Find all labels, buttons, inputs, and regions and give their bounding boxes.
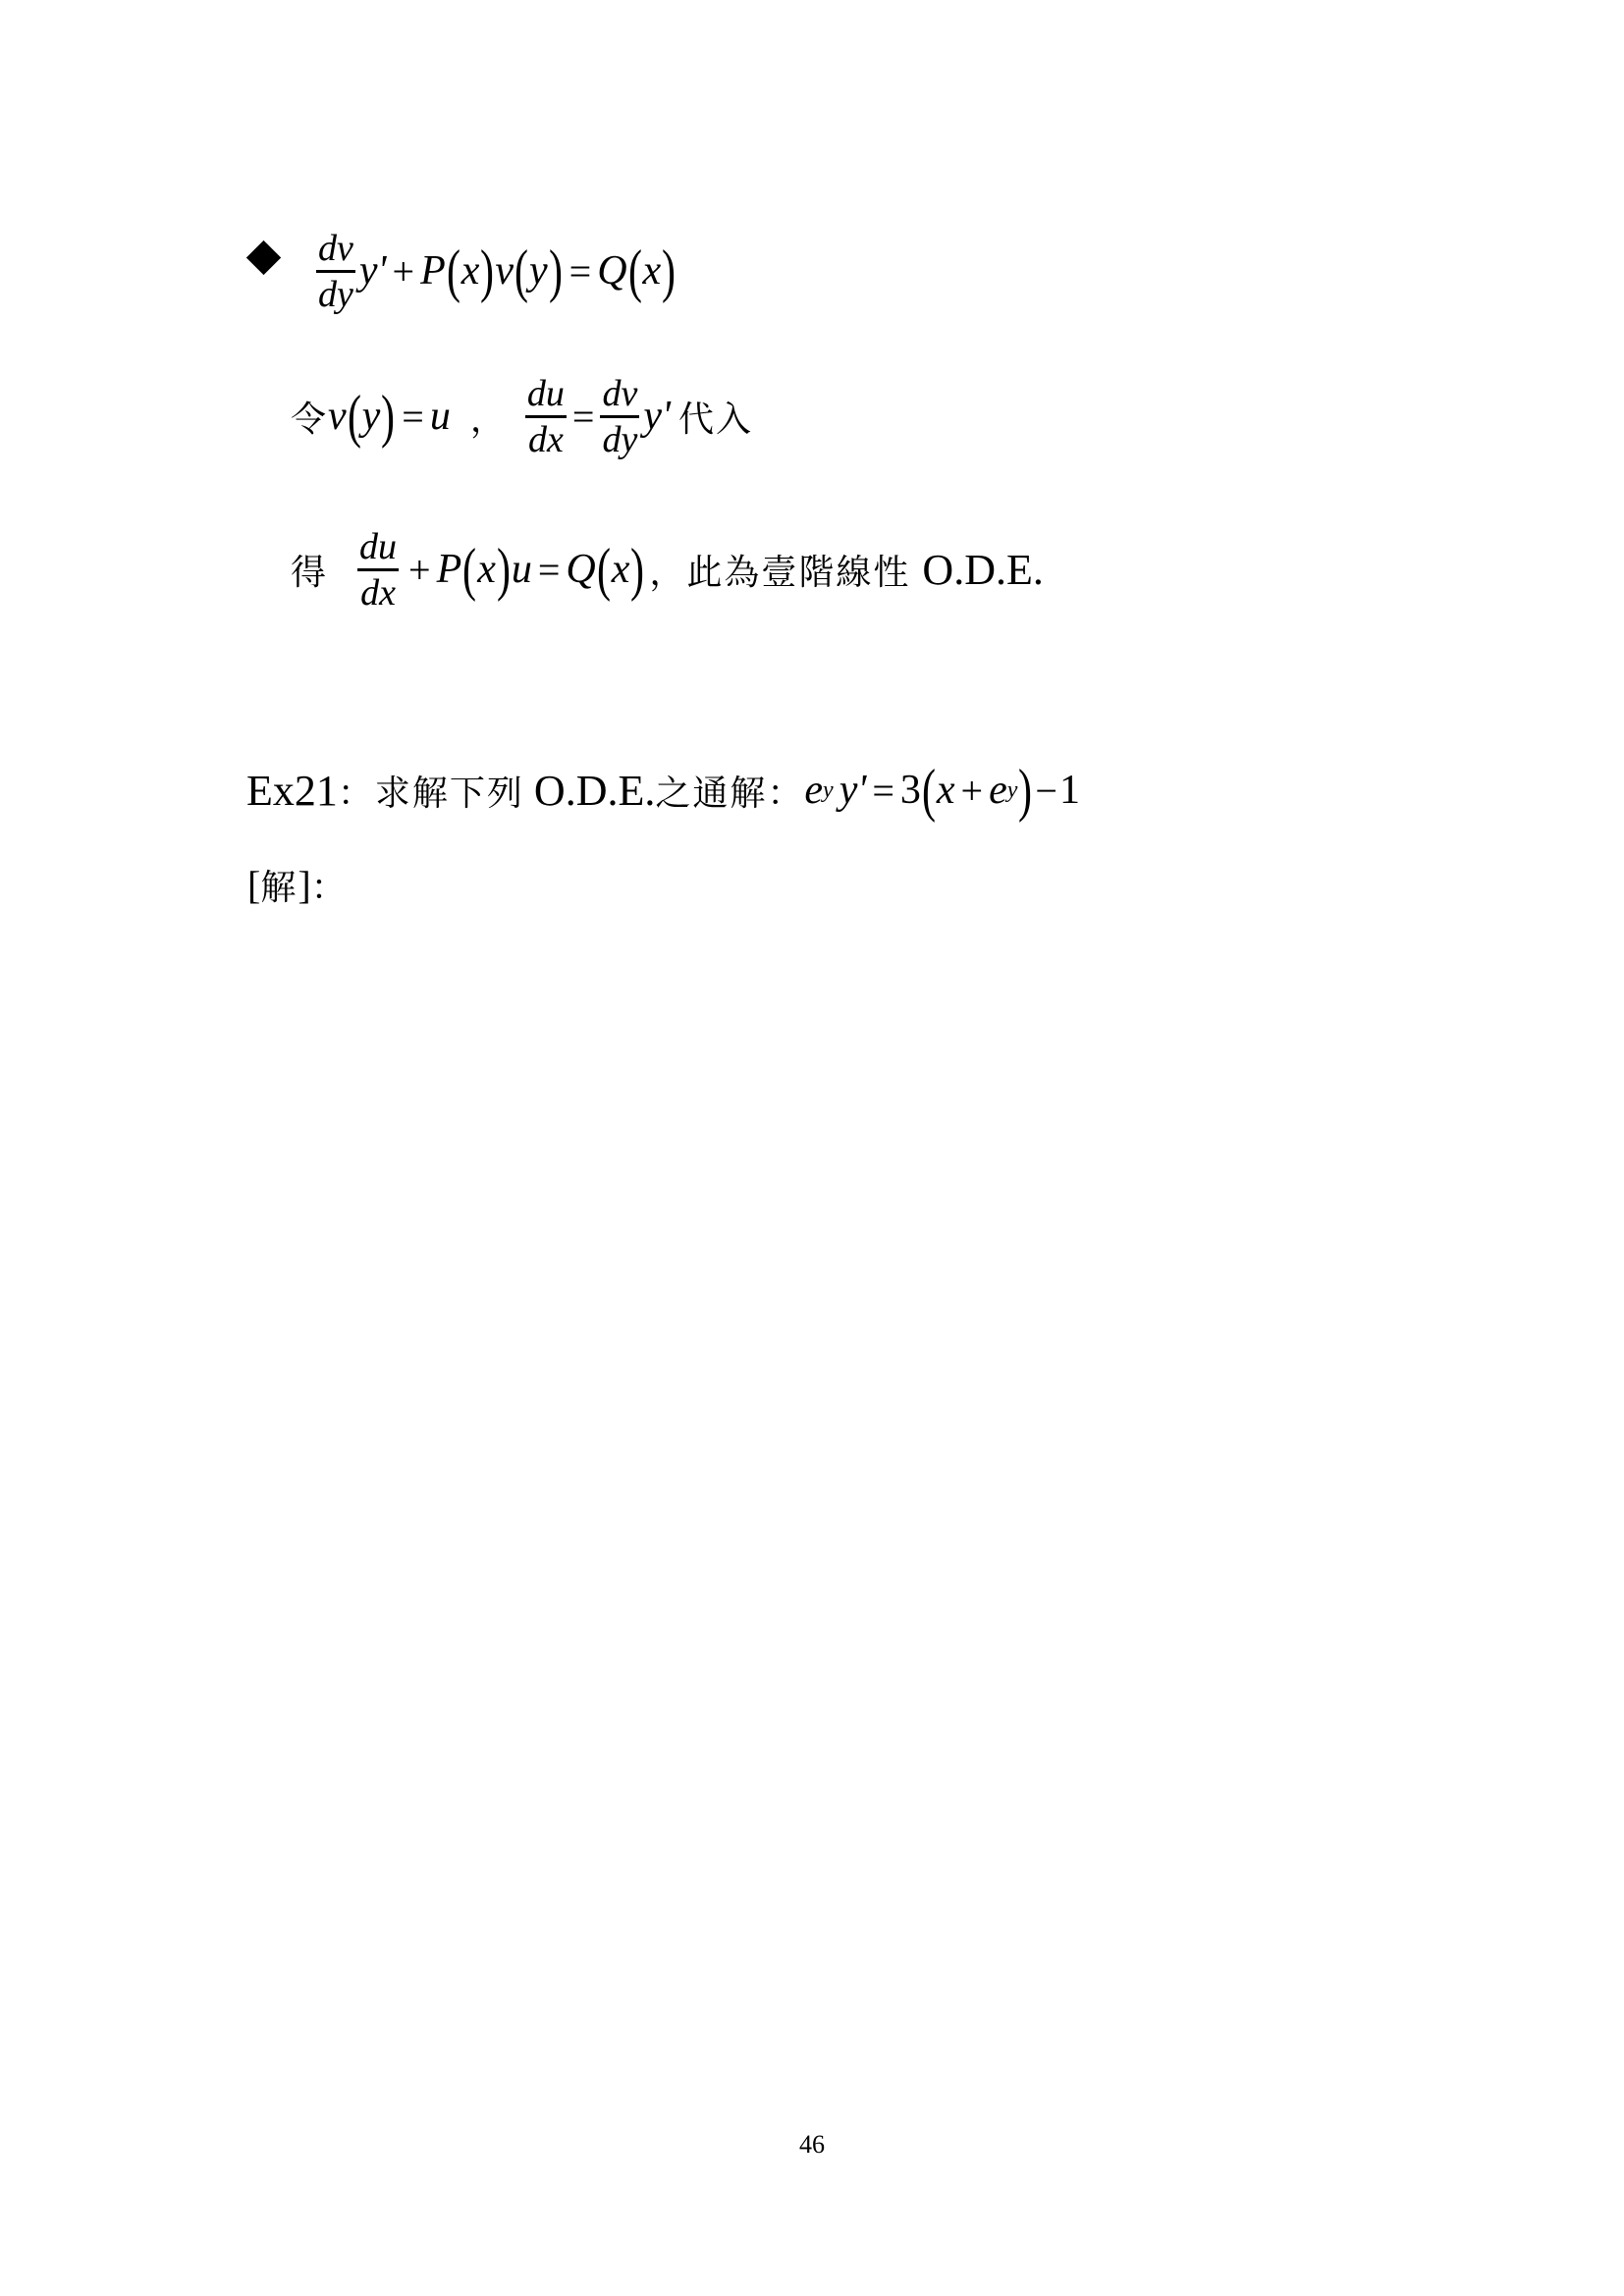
first-order-linear-text: 此為壹階線性 — [686, 545, 910, 595]
variable-y: y — [529, 247, 548, 294]
fraction-denominator: dy — [316, 275, 355, 314]
fraction-numerator: dv — [600, 374, 639, 413]
diamond-bullet-icon — [246, 240, 281, 275]
y-prime: y' — [839, 767, 867, 814]
example-statement: Ex21 ： 求解下列 O.D.E. 之通解 ： e y y' = 3 ( x … — [246, 756, 1080, 825]
fraction-dv-dy: dv dy — [600, 374, 639, 459]
fraction-numerator: dv — [316, 229, 355, 268]
variable-u: u — [512, 546, 532, 593]
variable-u: u — [430, 393, 451, 440]
variable-x: x — [461, 247, 480, 294]
open-bracket: [ — [247, 862, 260, 908]
function-P: P — [420, 247, 446, 294]
ode-abbreviation: O.D.E. — [534, 766, 655, 816]
document-page: dv dy y' + P ( x ) v ( y ) = Q ( x ) 令 v… — [0, 0, 1624, 2296]
substitution-line: 令 v ( y ) = u ， du dx = dv dy y' 代入 — [291, 369, 753, 463]
fraction-numerator: du — [525, 374, 567, 413]
close-bracket: ] — [298, 862, 310, 908]
equals-sign: = — [402, 394, 424, 440]
equals-sign: = — [569, 248, 592, 294]
plus-sign: + — [408, 547, 431, 593]
plus-sign: + — [393, 248, 415, 294]
exponent-y: y — [1007, 777, 1018, 804]
variable-y: y — [362, 393, 381, 440]
equals-sign: = — [572, 394, 595, 440]
colon: ： — [311, 860, 349, 910]
fraction-denominator: dx — [526, 420, 566, 459]
plus-sign: + — [961, 768, 984, 814]
prompt-text: 求解下列 — [375, 766, 524, 816]
fraction-bar — [357, 568, 399, 571]
ode-abbreviation: O.D.E. — [922, 545, 1043, 595]
right-paren: ) — [381, 387, 395, 446]
constant-one: 1 — [1059, 767, 1080, 814]
bullet-equation: dv dy y' + P ( x ) v ( y ) = Q ( x ) — [312, 224, 677, 318]
fraction-denominator: dx — [358, 573, 398, 613]
coefficient-three: 3 — [900, 767, 921, 814]
left-paren: ( — [922, 761, 936, 820]
right-paren: ) — [630, 540, 644, 599]
left-paren: ( — [628, 241, 642, 300]
right-paren: ) — [497, 540, 511, 599]
left-paren: ( — [514, 241, 528, 300]
let-text: 令 — [291, 392, 328, 442]
left-paren: ( — [447, 241, 460, 300]
page-number: 46 — [0, 2130, 1624, 2160]
variable-x: x — [477, 546, 496, 593]
variable-x: x — [643, 247, 662, 294]
exponential-e: e — [804, 767, 823, 814]
right-paren: ) — [549, 241, 563, 300]
fraction-du-dx: du dx — [357, 527, 399, 613]
y-prime: y' — [643, 393, 671, 440]
function-v: v — [495, 247, 514, 294]
right-paren: ) — [1018, 761, 1032, 820]
solution-char: 解 — [260, 860, 298, 910]
colon: ： — [767, 766, 804, 816]
exponent-y: y — [823, 777, 834, 804]
comma: ， — [470, 392, 508, 442]
fraction-bar — [600, 415, 639, 418]
obtain-text: 得 — [291, 545, 328, 595]
fraction-bar — [316, 270, 355, 273]
fraction-dv-dy: dv dy — [316, 229, 355, 314]
function-v: v — [328, 393, 347, 440]
variable-x: x — [937, 767, 955, 814]
y-prime: y' — [359, 247, 387, 294]
minus-sign: − — [1035, 768, 1057, 814]
function-Q: Q — [597, 247, 626, 294]
comma: ， — [649, 545, 686, 595]
right-paren: ) — [662, 241, 676, 300]
function-P: P — [437, 546, 462, 593]
variable-x: x — [612, 546, 630, 593]
left-paren: ( — [597, 540, 611, 599]
equals-sign: = — [872, 768, 894, 814]
colon: ： — [338, 766, 375, 816]
example-label: Ex21 — [246, 766, 338, 816]
equals-sign: = — [538, 547, 561, 593]
substitute-text: 代入 — [678, 392, 753, 442]
right-paren: ) — [480, 241, 494, 300]
left-paren: ( — [462, 540, 476, 599]
function-Q: Q — [566, 546, 595, 593]
fraction-bar — [525, 415, 567, 418]
result-line: 得 du dx + P ( x ) u = Q ( x ) ， 此為壹階線性 O… — [291, 522, 1044, 616]
fraction-denominator: dy — [600, 420, 639, 459]
fraction-numerator: du — [357, 527, 399, 566]
general-solution-text: 之通解 — [655, 766, 767, 816]
solution-label: [ 解 ] ： — [247, 860, 349, 909]
exponential-e: e — [989, 767, 1007, 814]
fraction-du-dx: du dx — [525, 374, 567, 459]
left-paren: ( — [348, 387, 361, 446]
